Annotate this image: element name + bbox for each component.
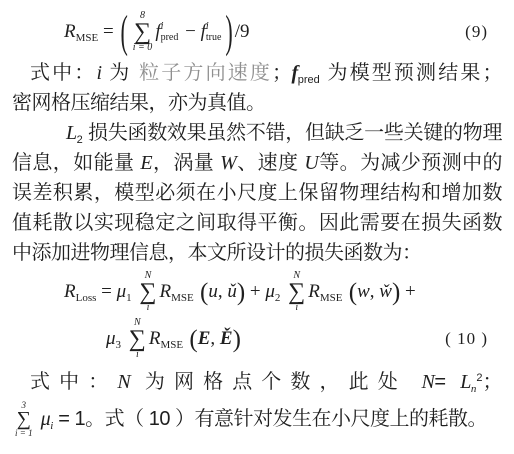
text-segment: R (64, 20, 76, 41)
sigma-icon: ∑ (17, 410, 31, 429)
text-segment: MSE (76, 31, 99, 43)
text-segment: N (422, 371, 435, 393)
note1-line-2: 密网格压缩结果，亦为真值。 (12, 88, 502, 118)
text-segment: R (308, 280, 320, 301)
text-segment: μ (106, 327, 116, 348)
text-segment: 为网格点个数，此处 (130, 371, 421, 393)
sum-symbol: N∑i (129, 318, 146, 361)
text-segment: Loss (76, 291, 97, 303)
equation-rmse-row: RMSE = (8∑i = 0fipred − fitrue)/9 (9) (0, 6, 514, 58)
text-segment: 中添加进物理信息，本文所设计的损失函数为： (12, 242, 422, 264)
text-segment: E (140, 152, 152, 174)
big-paren: ( (120, 9, 127, 54)
superscript: i (206, 21, 209, 32)
text-segment: − (180, 20, 200, 41)
text-segment: w (357, 280, 370, 301)
big-paren: ) (225, 9, 232, 54)
text-segment: 粒子方向速度 (139, 62, 272, 84)
text-segment: U (304, 152, 318, 174)
equation-loss-line1: RLoss = μ1 N∑iRMSE (u, ǔ) + μ2 N∑iRMSE (… (64, 271, 416, 314)
text-segment: = (98, 20, 118, 41)
text-segment: L (66, 122, 77, 144)
text-segment: = (434, 371, 460, 393)
body-line-3: 误差积累，模型必须在小尺度上保留物理结构和增加数 (12, 178, 502, 208)
text-segment: 、速度 (236, 152, 304, 174)
text-segment: E (198, 327, 211, 348)
text-segment: W (220, 152, 236, 174)
text-segment: 为 (102, 62, 140, 84)
text-segment: ，涡量 (152, 152, 220, 174)
text-segment: 式中： (30, 62, 96, 84)
text-segment: 值耗散以实现稳定之间取得平衡。因此需要在损失函数 (12, 212, 502, 234)
text-segment: ( (194, 278, 209, 305)
equation-number-10: ( 10 ) (445, 329, 488, 349)
text-segment: w̌ (379, 280, 392, 301)
text-segment: 式中： (30, 371, 117, 393)
body-line-5: 中添加进物理信息，本文所设计的损失函数为： (12, 238, 502, 268)
sigma-icon: ∑ (134, 21, 151, 44)
text-segment: N (117, 371, 130, 393)
text-segment: , (370, 280, 380, 301)
text-segment: 损失函数效果虽然不错，但缺乏一些关键的物理 (83, 122, 502, 144)
text-segment: n (471, 383, 477, 394)
text-segment: 为模型预测结果； (320, 62, 502, 84)
text-segment: , (210, 327, 220, 348)
supsub-stack: itrue (206, 21, 222, 43)
sum-lower-limit: i (295, 303, 298, 313)
text-segment: μ (41, 408, 51, 430)
sigma-icon: ∑ (129, 328, 146, 351)
note1-line-1: 式中：i 为 粒子方向速度；fpred 为模型预测结果；ftrue 为精 (12, 58, 502, 88)
text-segment: ( (183, 325, 198, 352)
sum-symbol: N∑i (139, 271, 156, 314)
subscript: true (206, 32, 222, 43)
text-segment: pred (298, 74, 320, 86)
text-segment: ) (237, 278, 245, 305)
sum-lower-limit: i = 0 (133, 43, 153, 53)
text-segment (132, 280, 137, 301)
text-segment (280, 280, 285, 301)
equation-loss-row-1: RLoss = μ1 N∑iRMSE (u, ǔ) + μ2 N∑iRMSE (… (0, 268, 514, 316)
sigma-icon: ∑ (288, 281, 305, 304)
sum-symbol: N∑i (288, 271, 305, 314)
text-segment: MSE (320, 291, 343, 303)
text-segment: ； (483, 371, 503, 393)
superscript: i (161, 21, 164, 32)
note2-line-2: 3∑i = 1 μi = 1。式（ 10 ）有意针对发生在小尺度上的耗散。 (12, 394, 502, 444)
sum-symbol: 8∑i = 0 (133, 11, 153, 54)
text-segment: ； (272, 62, 292, 84)
sum-symbol: 3∑i = 1 (15, 401, 33, 438)
text-segment: ǔ (227, 280, 237, 301)
sigma-icon: ∑ (139, 281, 156, 304)
text-segment: ( (343, 278, 358, 305)
body-line-1: L2 损失函数效果虽然不错，但缺乏一些关键的物理 (12, 118, 502, 148)
text-segment: R (64, 280, 76, 301)
sum-lower-limit: i (147, 303, 150, 313)
equation-number-9: (9) (465, 22, 488, 42)
text-segment: R (160, 280, 172, 301)
equation-rmse: RMSE = (8∑i = 0fipred − fitrue)/9 (64, 11, 250, 54)
text-segment: L (460, 371, 471, 393)
text-segment: MSE (161, 338, 184, 350)
text-segment: = 1。式（ 10 ）有意针对发生在小尺度上的耗散。 (53, 408, 487, 430)
sum-lower-limit: i (136, 350, 139, 360)
subscript: pred (161, 32, 179, 43)
document-page: RMSE = (8∑i = 0fipred − fitrue)/9 (9) 式中… (0, 0, 514, 454)
text-segment: u (208, 280, 218, 301)
text-segment (121, 327, 126, 348)
text-segment: Ě (220, 327, 233, 348)
supsub-stack: ipred (161, 21, 179, 43)
text-segment: MSE (171, 291, 194, 303)
text-segment: 密网格压缩结果，亦为真值。 (12, 92, 266, 114)
sum-lower-limit: i = 1 (15, 429, 33, 438)
text-segment: R (149, 327, 161, 348)
text-segment: , (218, 280, 228, 301)
text-segment: + (245, 280, 265, 301)
text-segment: 误差积累，模型必须在小尺度上保留物理结构和增加数 (12, 182, 502, 204)
equation-loss-line2: μ3 N∑iRMSE (E, Ě) (106, 318, 241, 361)
text-segment: 信息，如能量 (12, 152, 140, 174)
body-line-4: 值耗散以实现稳定之间取得平衡。因此需要在损失函数 (12, 208, 502, 238)
body-line-2: 信息，如能量 E，涡量 W、速度 U等。为减少预测中的 (12, 148, 502, 178)
note2-line-1: 式中：N 为网格点个数，此处 N= Ln2；μi 为模型超参数， (12, 362, 502, 394)
text-segment: μ (117, 280, 127, 301)
text-segment: /9 (235, 20, 250, 41)
text-segment: + (400, 280, 415, 301)
text-segment: = (96, 280, 116, 301)
equation-loss-row-2: μ3 N∑iRMSE (E, Ě) ( 10 ) (0, 316, 514, 362)
text-segment: ) (233, 325, 241, 352)
text-segment: μ (265, 280, 275, 301)
text-segment: 等。为减少预测中的 (318, 152, 502, 174)
